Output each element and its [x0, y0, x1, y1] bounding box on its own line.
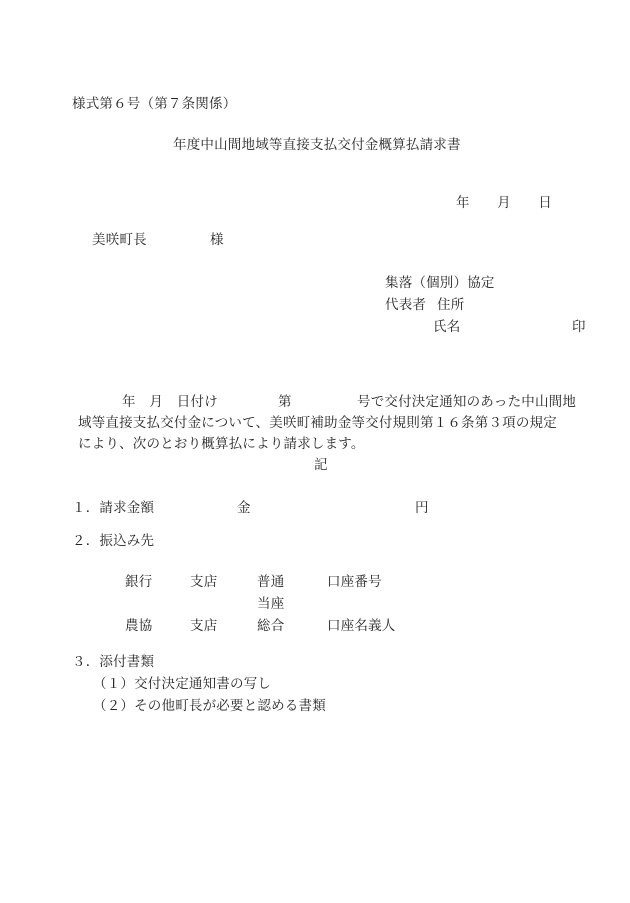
date-line: 年 月 日	[456, 195, 552, 211]
note-heading: 記	[314, 457, 328, 473]
body-line3: により、次のとおり概算払により請求します。	[78, 436, 365, 452]
signer-agreement: 集落（個別）協定	[385, 275, 495, 291]
page-title: 年度中山間地域等直接支払交付金概算払請求書	[173, 137, 461, 153]
bank-row3-branch: 支店	[190, 618, 217, 634]
item1-label: １．請求金額	[72, 500, 154, 516]
item3-sub2: （２）その他町長が必要と認める書類	[93, 698, 326, 714]
item1-currency-suffix: 円	[415, 500, 429, 516]
bank-row3-bank: 農協	[125, 618, 152, 634]
form-number: 様式第６号（第７条関係）	[72, 96, 236, 112]
seal-label: 印	[572, 319, 586, 335]
address-label: 住所	[437, 297, 464, 313]
body-line2: 域等直接支払交付金について、美咲町補助金等交付規則第１６条第３項の規定	[78, 415, 557, 431]
document-page: 様式第６号（第７条関係） 年度中山間地域等直接支払交付金概算払請求書 年 月 日…	[0, 0, 630, 903]
bank-row3-account-type: 総合	[257, 618, 284, 634]
item1-currency-prefix: 金	[237, 500, 251, 516]
addressee-name: 美咲町長	[92, 232, 147, 248]
addressee-honorific: 様	[210, 232, 224, 248]
body-line1-date-blank: 年 月 日付け	[122, 394, 218, 410]
item3-sub1: （１）交付決定通知書の写し	[93, 676, 271, 692]
bank-row1-account-type: 普通	[257, 574, 284, 590]
body-line1-text: 号で交付決定通知のあった中山間地	[357, 394, 576, 410]
bank-row3-holder-label: 口座名義人	[327, 618, 396, 634]
bank-row1-number-label: 口座番号	[327, 574, 382, 590]
body-line1-number-label: 第	[278, 394, 292, 410]
bank-row1-branch: 支店	[190, 574, 217, 590]
item3-label: ３．添付書類	[72, 654, 154, 670]
name-label: 氏名	[433, 319, 460, 335]
representative-label: 代表者	[385, 297, 426, 313]
bank-row1-bank: 銀行	[125, 574, 152, 590]
item2-label: ２．振込み先	[72, 533, 154, 549]
bank-row2-account-type: 当座	[257, 596, 284, 612]
